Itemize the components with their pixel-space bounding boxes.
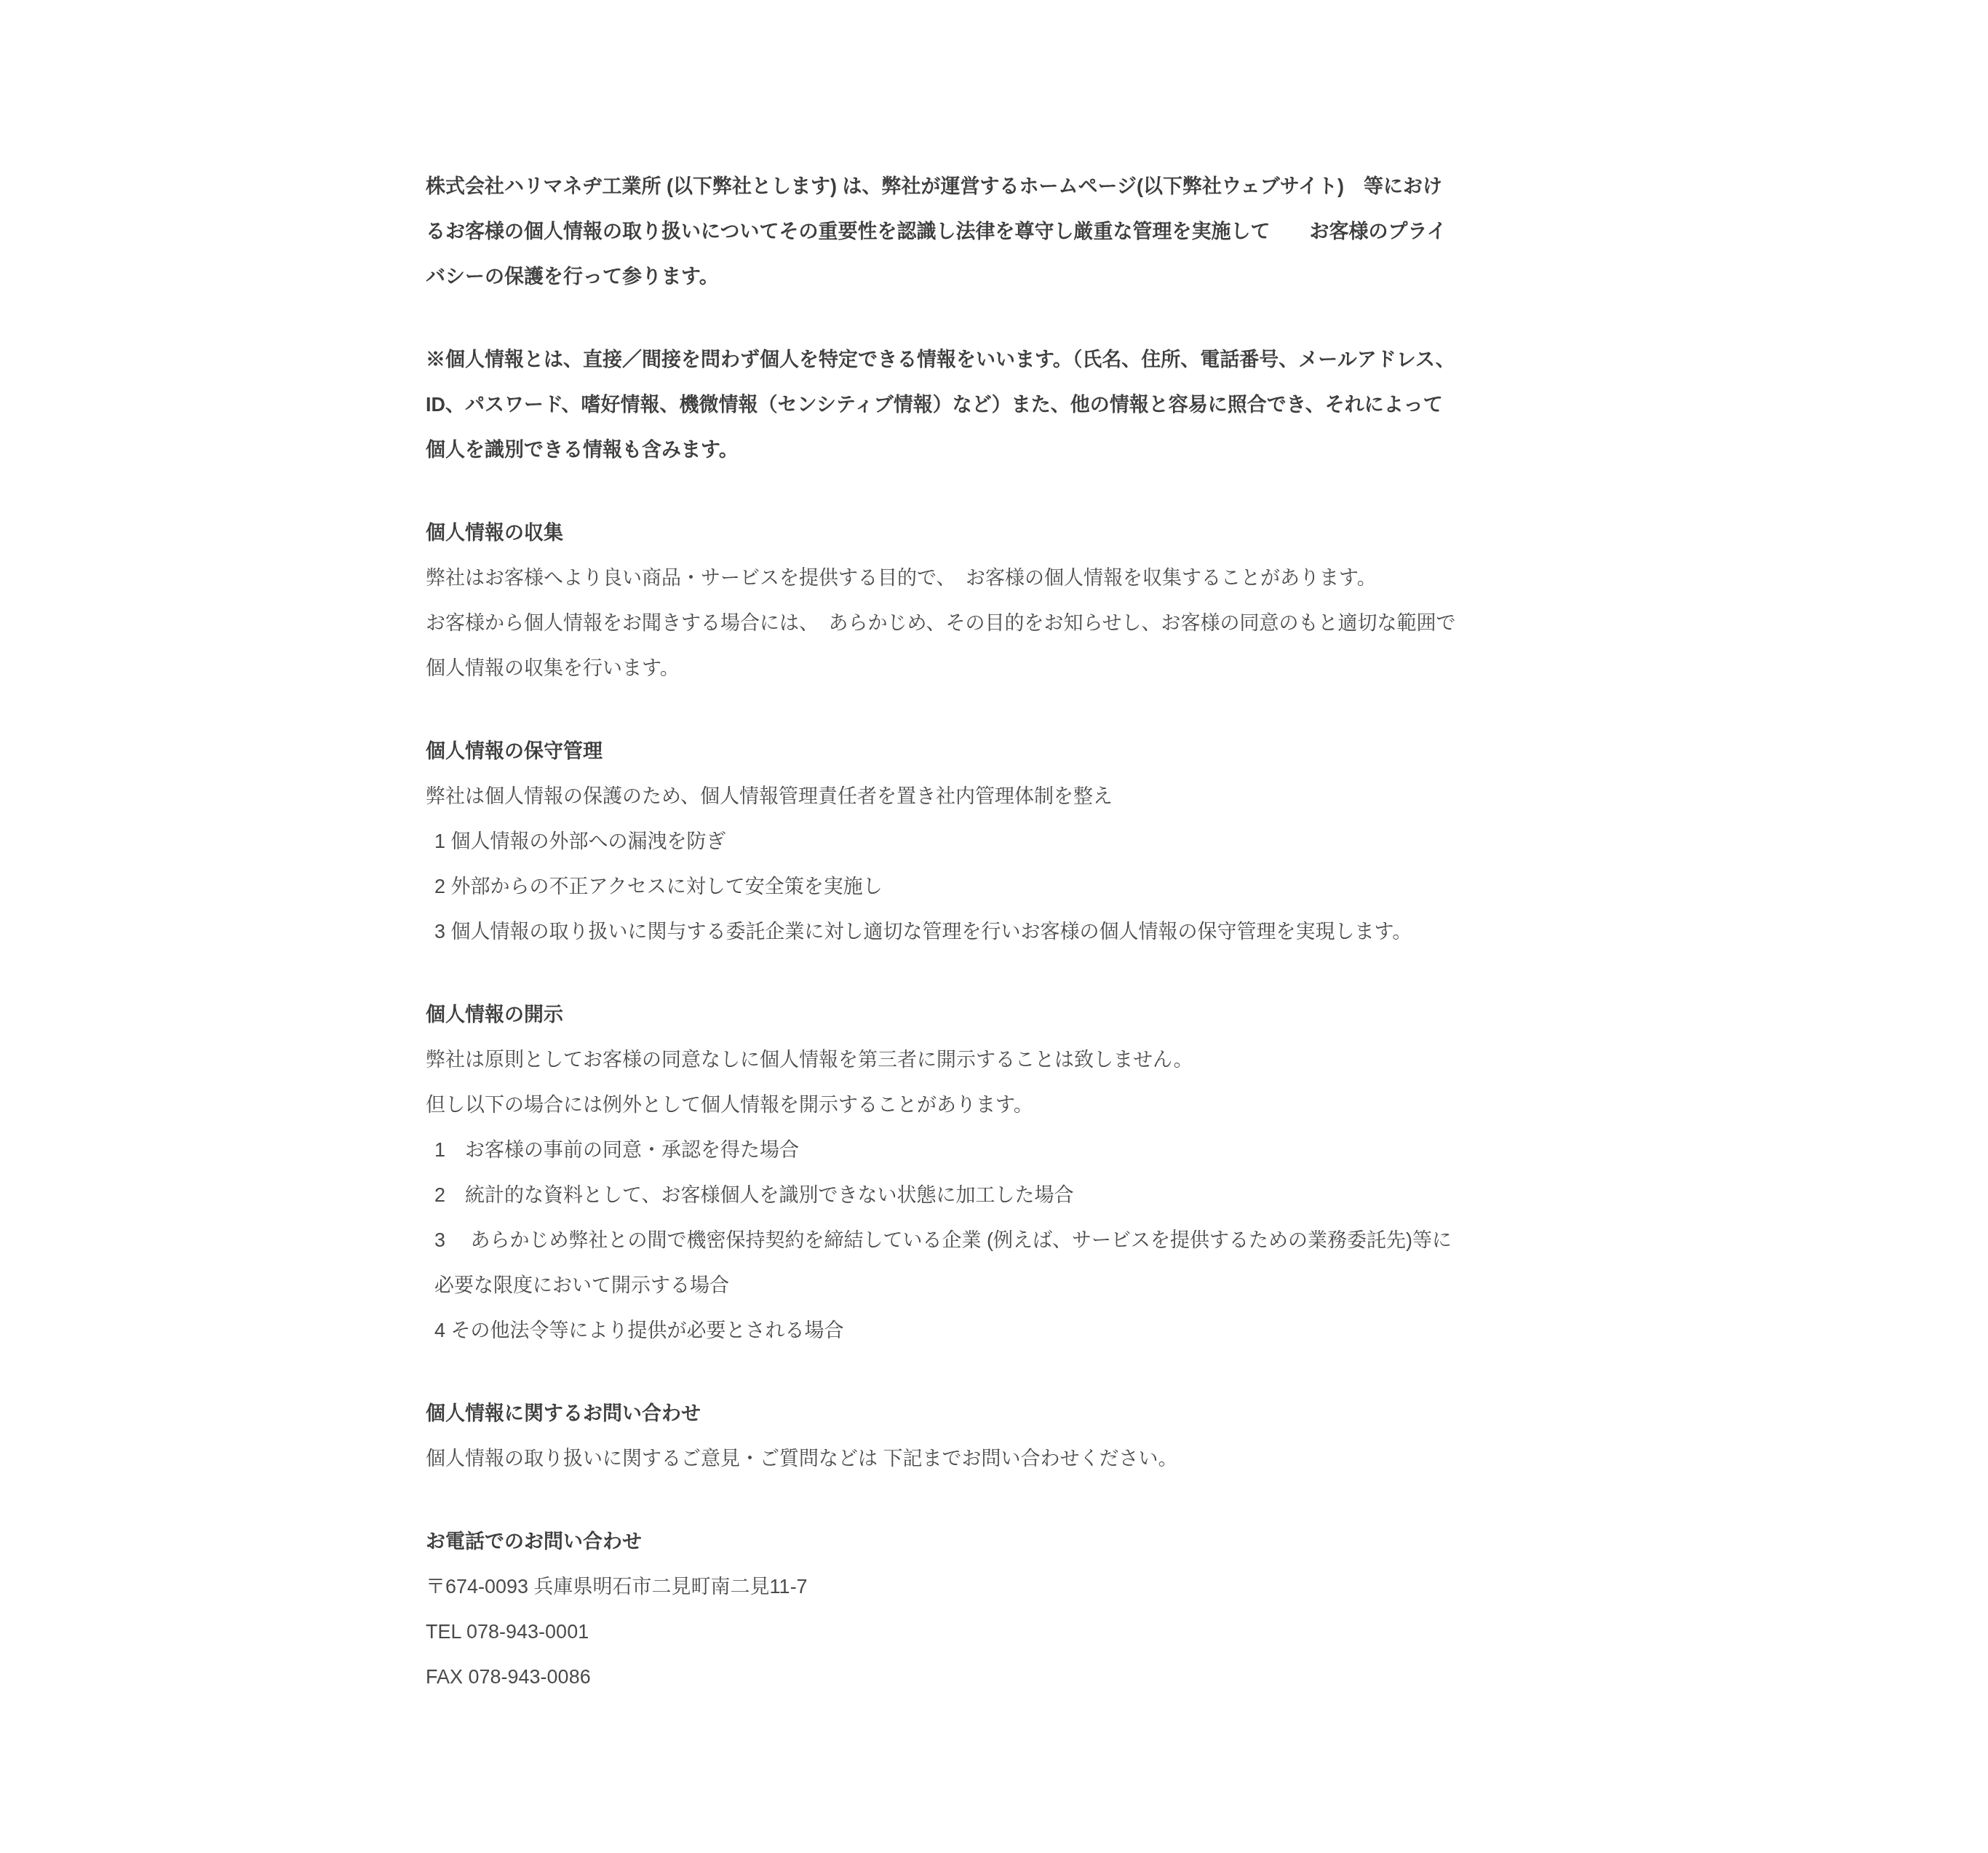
policy-line: 弊社は原則としてお客様の同意なしに個人情報を第三者に開示することは致しません。 bbox=[426, 1037, 1460, 1082]
numbered-item: 3 個人情報の取り扱いに関与する委託企業に対し適切な管理を行いお客様の個人情報の… bbox=[426, 909, 1460, 954]
section-personal-info-maintenance: 個人情報の保守管理 弊社は個人情報の保護のため、個人情報管理責任者を置き社内管理… bbox=[426, 729, 1460, 954]
section-phone-contact: お電話でのお問い合わせ 〒674-0093 兵庫県明石市二見町南二見11-7 T… bbox=[426, 1519, 1460, 1699]
numbered-item: 2 統計的な資料として、お客様個人を識別できない状態に加工した場合 bbox=[426, 1172, 1460, 1218]
section-heading: 個人情報に関するお問い合わせ bbox=[426, 1391, 1460, 1436]
tel-number: TEL 078-943-0001 bbox=[426, 1609, 1460, 1654]
section-heading: お電話でのお問い合わせ bbox=[426, 1519, 1460, 1564]
numbered-item: 1 個人情報の外部への漏洩を防ぎ bbox=[426, 819, 1460, 864]
policy-line: 弊社はお客様へより良い商品・サービスを提供する目的で、 お客様の個人情報を収集す… bbox=[426, 555, 1460, 600]
policy-line: 弊社は個人情報の保護のため、個人情報管理責任者を置き社内管理体制を整え bbox=[426, 774, 1460, 819]
section-heading: 個人情報の保守管理 bbox=[426, 729, 1460, 774]
policy-line: お客様から個人情報をお聞きする場合には、 あらかじめ、その目的をお知らせし、お客… bbox=[426, 600, 1460, 691]
numbered-item: 3 あらかじめ弊社との間で機密保持契約を締結している企業 (例えば、サービスを提… bbox=[426, 1218, 1460, 1308]
numbered-item: 2 外部からの不正アクセスに対して安全策を実施し bbox=[426, 864, 1460, 909]
intro-block-1: 株式会社ハリマネヂ工業所 (以下弊社とします) は、弊社が運営するホームページ(… bbox=[426, 164, 1460, 299]
fax-number: FAX 078-943-0086 bbox=[426, 1654, 1460, 1699]
section-heading: 個人情報の収集 bbox=[426, 510, 1460, 555]
section-personal-info-contact: 個人情報に関するお問い合わせ 個人情報の取り扱いに関するご意見・ご質問などは 下… bbox=[426, 1391, 1460, 1481]
intro-block-2: ※個人情報とは、直接／間接を問わず個人を特定できる情報をいいます。（氏名、住所、… bbox=[426, 337, 1460, 472]
policy-line: 但し以下の場合には例外として個人情報を開示することがあります。 bbox=[426, 1082, 1460, 1127]
privacy-policy-document: 株式会社ハリマネヂ工業所 (以下弊社とします) は、弊社が運営するホームページ(… bbox=[426, 164, 1460, 1699]
policy-line: 個人情報の取り扱いに関するご意見・ご質問などは 下記までお問い合わせください。 bbox=[426, 1436, 1460, 1481]
postal-address: 〒674-0093 兵庫県明石市二見町南二見11-7 bbox=[426, 1564, 1460, 1609]
section-personal-info-collection: 個人情報の収集 弊社はお客様へより良い商品・サービスを提供する目的で、 お客様の… bbox=[426, 510, 1460, 691]
numbered-item: 1 お客様の事前の同意・承認を得た場合 bbox=[426, 1127, 1460, 1172]
numbered-item: 4 その他法令等により提供が必要とされる場合 bbox=[426, 1308, 1460, 1353]
intro-paragraph-1: 株式会社ハリマネヂ工業所 (以下弊社とします) は、弊社が運営するホームページ(… bbox=[426, 164, 1460, 299]
intro-paragraph-2: ※個人情報とは、直接／間接を問わず個人を特定できる情報をいいます。（氏名、住所、… bbox=[426, 337, 1460, 472]
section-personal-info-disclosure: 個人情報の開示 弊社は原則としてお客様の同意なしに個人情報を第三者に開示すること… bbox=[426, 992, 1460, 1353]
section-heading: 個人情報の開示 bbox=[426, 992, 1460, 1037]
